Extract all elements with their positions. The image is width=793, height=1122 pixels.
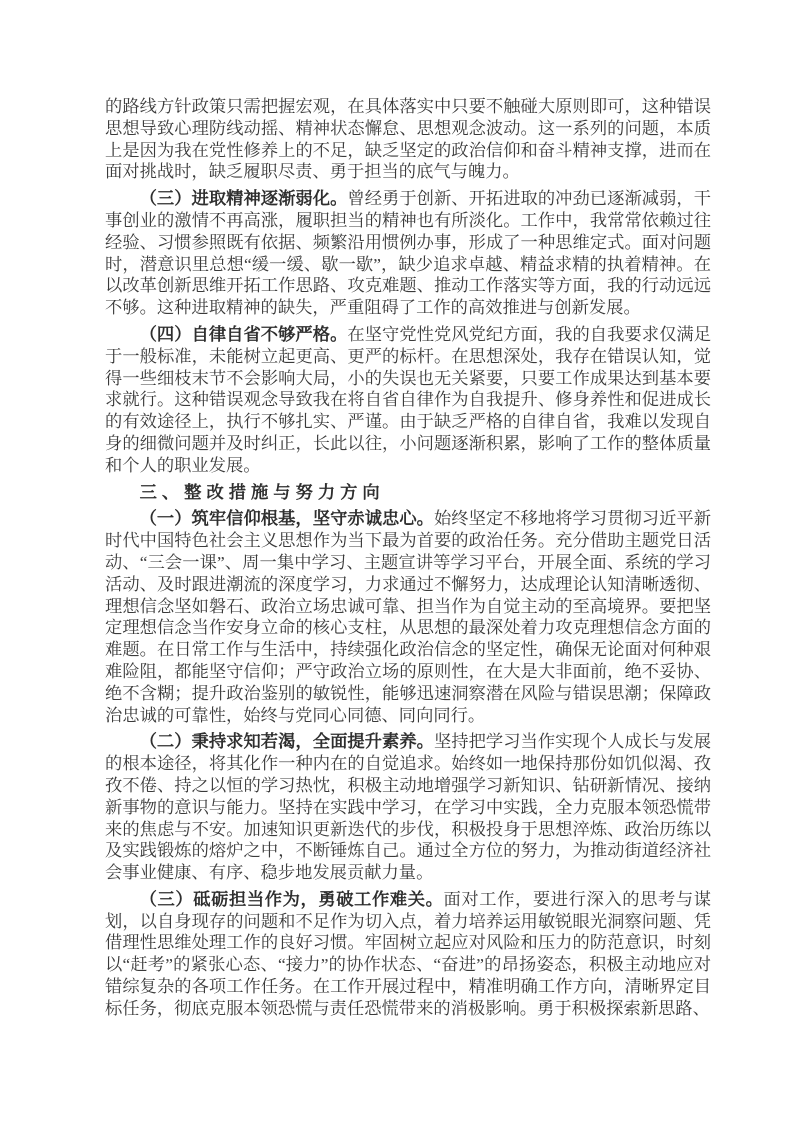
paragraph-issue-4: （四）自律自省不够严格。在坚守党性党风党纪方面，我的自我要求仅满足于一般标准，未… bbox=[105, 324, 711, 477]
paragraph-measure-1-lead: （一）筑牢信仰根基，坚守赤诚忠心。 bbox=[140, 509, 434, 528]
paragraph-continuation: 的路线方针政策只需把握宏观，在具体落实中只要不触碰大原则即可，这种错误思想导致心… bbox=[105, 96, 711, 183]
paragraph-issue-4-body: 在坚守党性党风党纪方面，我的自我要求仅满足于一般标准，未能树立起更高、更严的标杆… bbox=[105, 325, 711, 475]
paragraph-measure-2: （二）秉持求知若渴，全面提升素养。坚持把学习当作实现个人成长与发展的根本途径，将… bbox=[105, 731, 711, 884]
paragraph-measure-2-lead: （二）秉持求知若渴，全面提升素养。 bbox=[140, 732, 434, 751]
paragraph-measure-2-body: 坚持把学习当作实现个人成长与发展的根本途径，将其化作一种内在的自觉追求。始终如一… bbox=[105, 732, 711, 882]
paragraph-issue-3: （三）进取精神逐渐弱化。曾经勇于创新、开拓进取的冲劲已逐渐减弱，干事创业的激情不… bbox=[105, 188, 711, 319]
document-page: 的路线方针政策只需把握宏观，在具体落实中只要不触碰大原则即可，这种错误思想导致心… bbox=[0, 0, 793, 1122]
paragraph-issue-3-lead: （三）进取精神逐渐弱化。 bbox=[140, 189, 348, 208]
paragraph-issue-4-lead: （四）自律自省不够严格。 bbox=[140, 325, 348, 344]
paragraph-measure-3: （三）砥砺担当作为，勇破工作难关。面对工作，要进行深入的思考与谋划，以自身现存的… bbox=[105, 889, 711, 1020]
section-heading: 三、整改措施与努力方向 bbox=[105, 482, 711, 504]
paragraph-issue-3-body: 曾经勇于创新、开拓进取的冲劲已逐渐减弱，干事创业的激情不再高涨，履职担当的精神也… bbox=[105, 189, 711, 317]
paragraph-measure-1: （一）筑牢信仰根基，坚守赤诚忠心。始终坚定不移地将学习贯彻习近平新时代中国特色社… bbox=[105, 508, 711, 726]
paragraph-measure-3-lead: （三）砥砺担当作为，勇破工作难关。 bbox=[140, 890, 444, 909]
paragraph-measure-3-body: 面对工作，要进行深入的思考与谋划，以自身现存的问题和不足作为切入点，着力培养运用… bbox=[105, 890, 711, 1018]
paragraph-measure-1-body: 始终坚定不移地将学习贯彻习近平新时代中国特色社会主义思想作为当下最为首要的政治任… bbox=[105, 509, 711, 724]
